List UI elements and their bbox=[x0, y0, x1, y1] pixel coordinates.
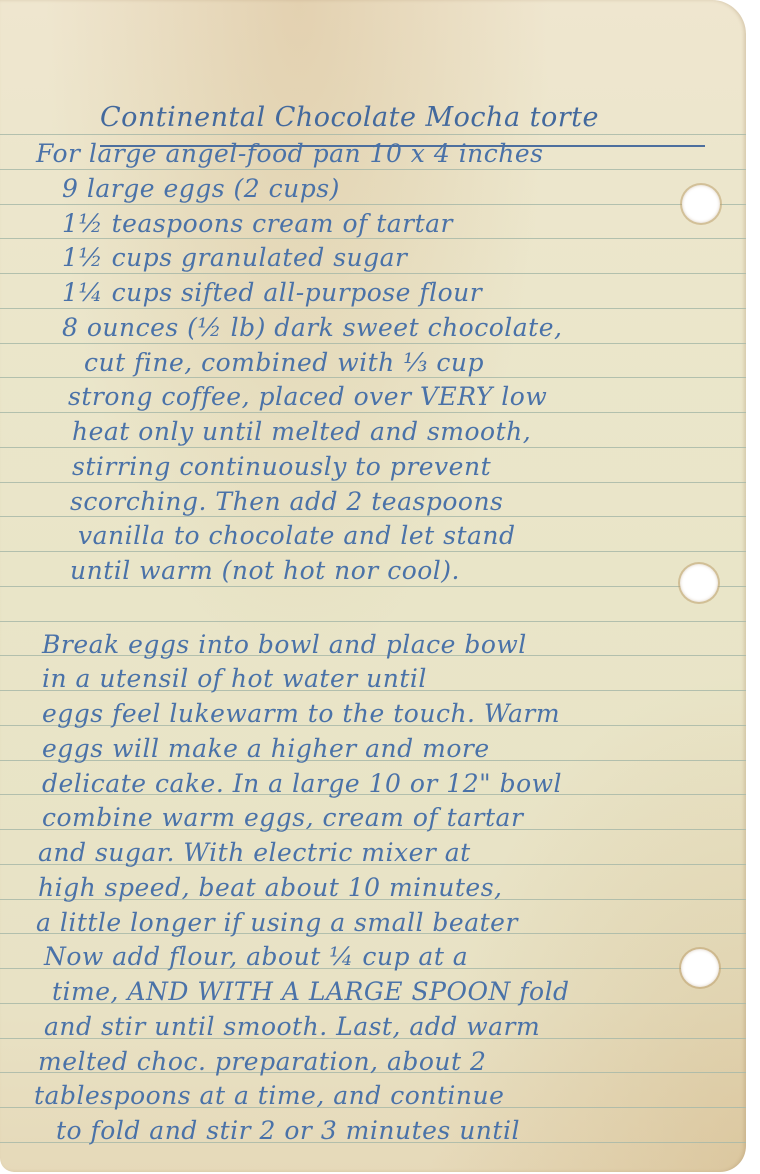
method-line: delicate cake. In a large 10 or 12" bowl bbox=[42, 767, 562, 801]
ruled-line bbox=[0, 621, 746, 622]
recipe-card: Continental Chocolate Mocha torte For la… bbox=[0, 0, 746, 1172]
binder-hole-bottom bbox=[681, 949, 719, 987]
ingredient-line: 9 large eggs (2 cups) bbox=[62, 172, 340, 206]
ingredient-line: 1½ teaspoons cream of tartar bbox=[62, 207, 453, 241]
ingredient-note-line: cut fine, combined with ⅓ cup bbox=[84, 346, 484, 380]
ingredient-line: 1¼ cups sifted all-purpose flour bbox=[62, 276, 482, 310]
method-line: time, AND WITH A LARGE SPOON fold bbox=[52, 975, 570, 1009]
method-line: and sugar. With electric mixer at bbox=[38, 836, 471, 870]
ingredient-note-line: until warm (not hot nor cool). bbox=[70, 554, 460, 588]
method-line: and stir until smooth. Last, add warm bbox=[44, 1010, 540, 1044]
method-line: tablespoons at a time, and continue bbox=[34, 1079, 504, 1113]
binder-hole-top bbox=[682, 185, 720, 223]
method-line: combine warm eggs, cream of tartar bbox=[42, 801, 523, 835]
method-line: a little longer if using a small beater bbox=[36, 906, 518, 940]
method-line: eggs feel lukewarm to the touch. Warm bbox=[42, 697, 560, 731]
recipe-title: Continental Chocolate Mocha torte bbox=[100, 102, 599, 133]
method-line: in a utensil of hot water until bbox=[42, 662, 427, 696]
method-line: Now add flour, about ¼ cup at a bbox=[44, 940, 468, 974]
method-line: Break eggs into bowl and place bowl bbox=[42, 628, 527, 662]
ingredients-header: For large angel-food pan 10 x 4 inches bbox=[36, 137, 544, 171]
ingredient-note-line: scorching. Then add 2 teaspoons bbox=[70, 485, 503, 519]
method-line: melted choc. preparation, about 2 bbox=[38, 1045, 486, 1079]
ingredient-note-line: vanilla to chocolate and let stand bbox=[78, 519, 516, 553]
ruled-line bbox=[0, 134, 746, 135]
ingredient-note-line: stirring continuously to prevent bbox=[72, 450, 491, 484]
method-line: high speed, beat about 10 minutes, bbox=[38, 871, 503, 905]
ingredient-line: 8 ounces (½ lb) dark sweet chocolate, bbox=[62, 311, 562, 345]
ingredient-note-line: heat only until melted and smooth, bbox=[72, 415, 531, 449]
method-line: to fold and stir 2 or 3 minutes until bbox=[56, 1114, 520, 1148]
binder-hole-middle bbox=[680, 564, 718, 602]
ingredient-line: 1½ cups granulated sugar bbox=[62, 241, 408, 275]
method-line: eggs will make a higher and more bbox=[42, 732, 490, 766]
ingredient-note-line: strong coffee, placed over VERY low bbox=[68, 380, 547, 414]
